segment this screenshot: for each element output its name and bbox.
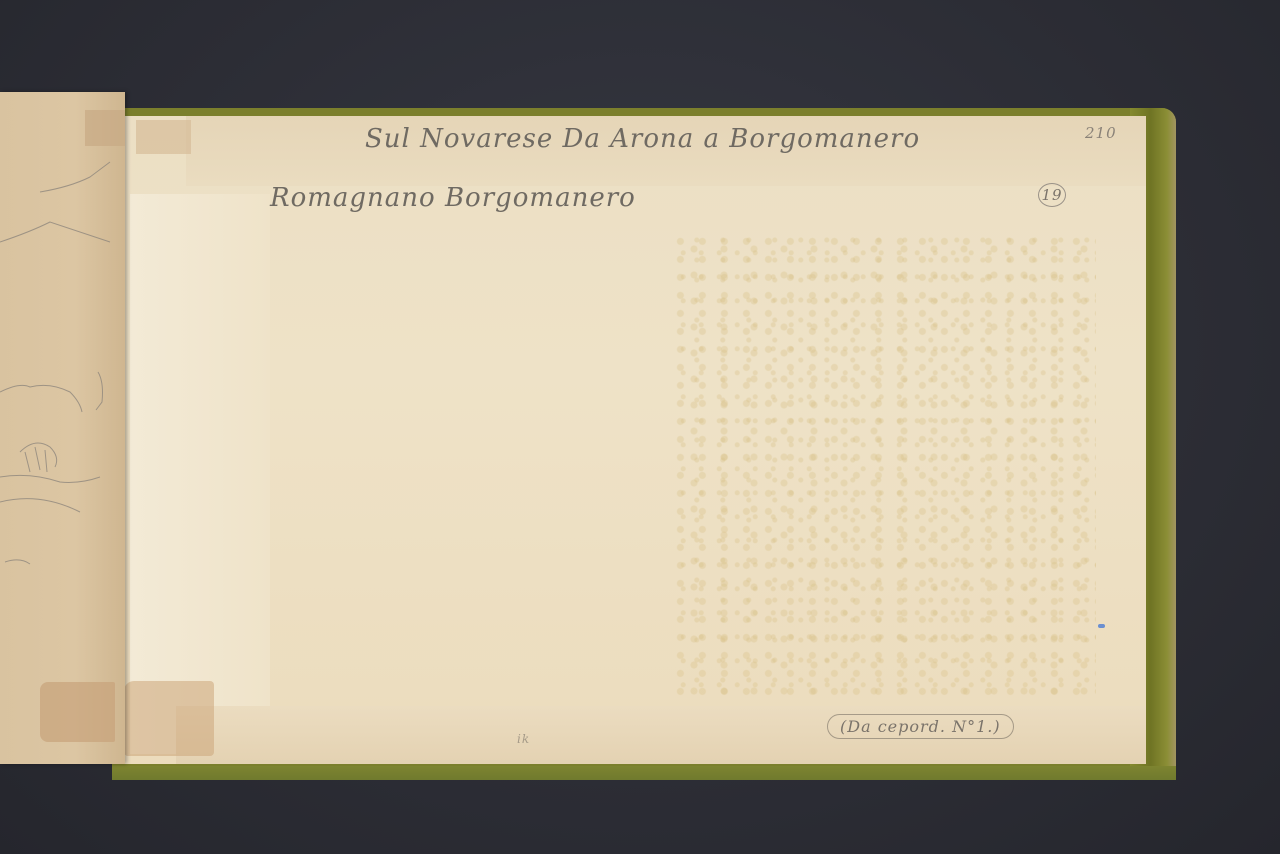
verso-page <box>0 92 125 764</box>
blue-ink-speck <box>1098 624 1105 628</box>
page-gutter-light <box>130 194 270 754</box>
inscription-bottom-note: (Da cepord. N°1.) <box>827 717 1014 736</box>
pencil-landscape-sketch <box>0 92 125 764</box>
inscription-place-names: Romagnano Borgomanero <box>270 183 636 213</box>
stain-top-left <box>136 120 191 154</box>
folio-number: 19 <box>1038 183 1066 207</box>
stain-bottom-left <box>124 681 214 756</box>
cover-bottom-edge <box>112 766 1176 780</box>
recto-page <box>116 116 1146 764</box>
inscription-title: Sul Novarese Da Arona a Borgomanero <box>365 124 920 154</box>
bottom-note-text: (Da cepord. N°1.) <box>827 714 1014 739</box>
faint-mark: ik <box>517 732 530 746</box>
page-number: 210 <box>1085 124 1117 142</box>
foxing-spots <box>676 236 1096 696</box>
